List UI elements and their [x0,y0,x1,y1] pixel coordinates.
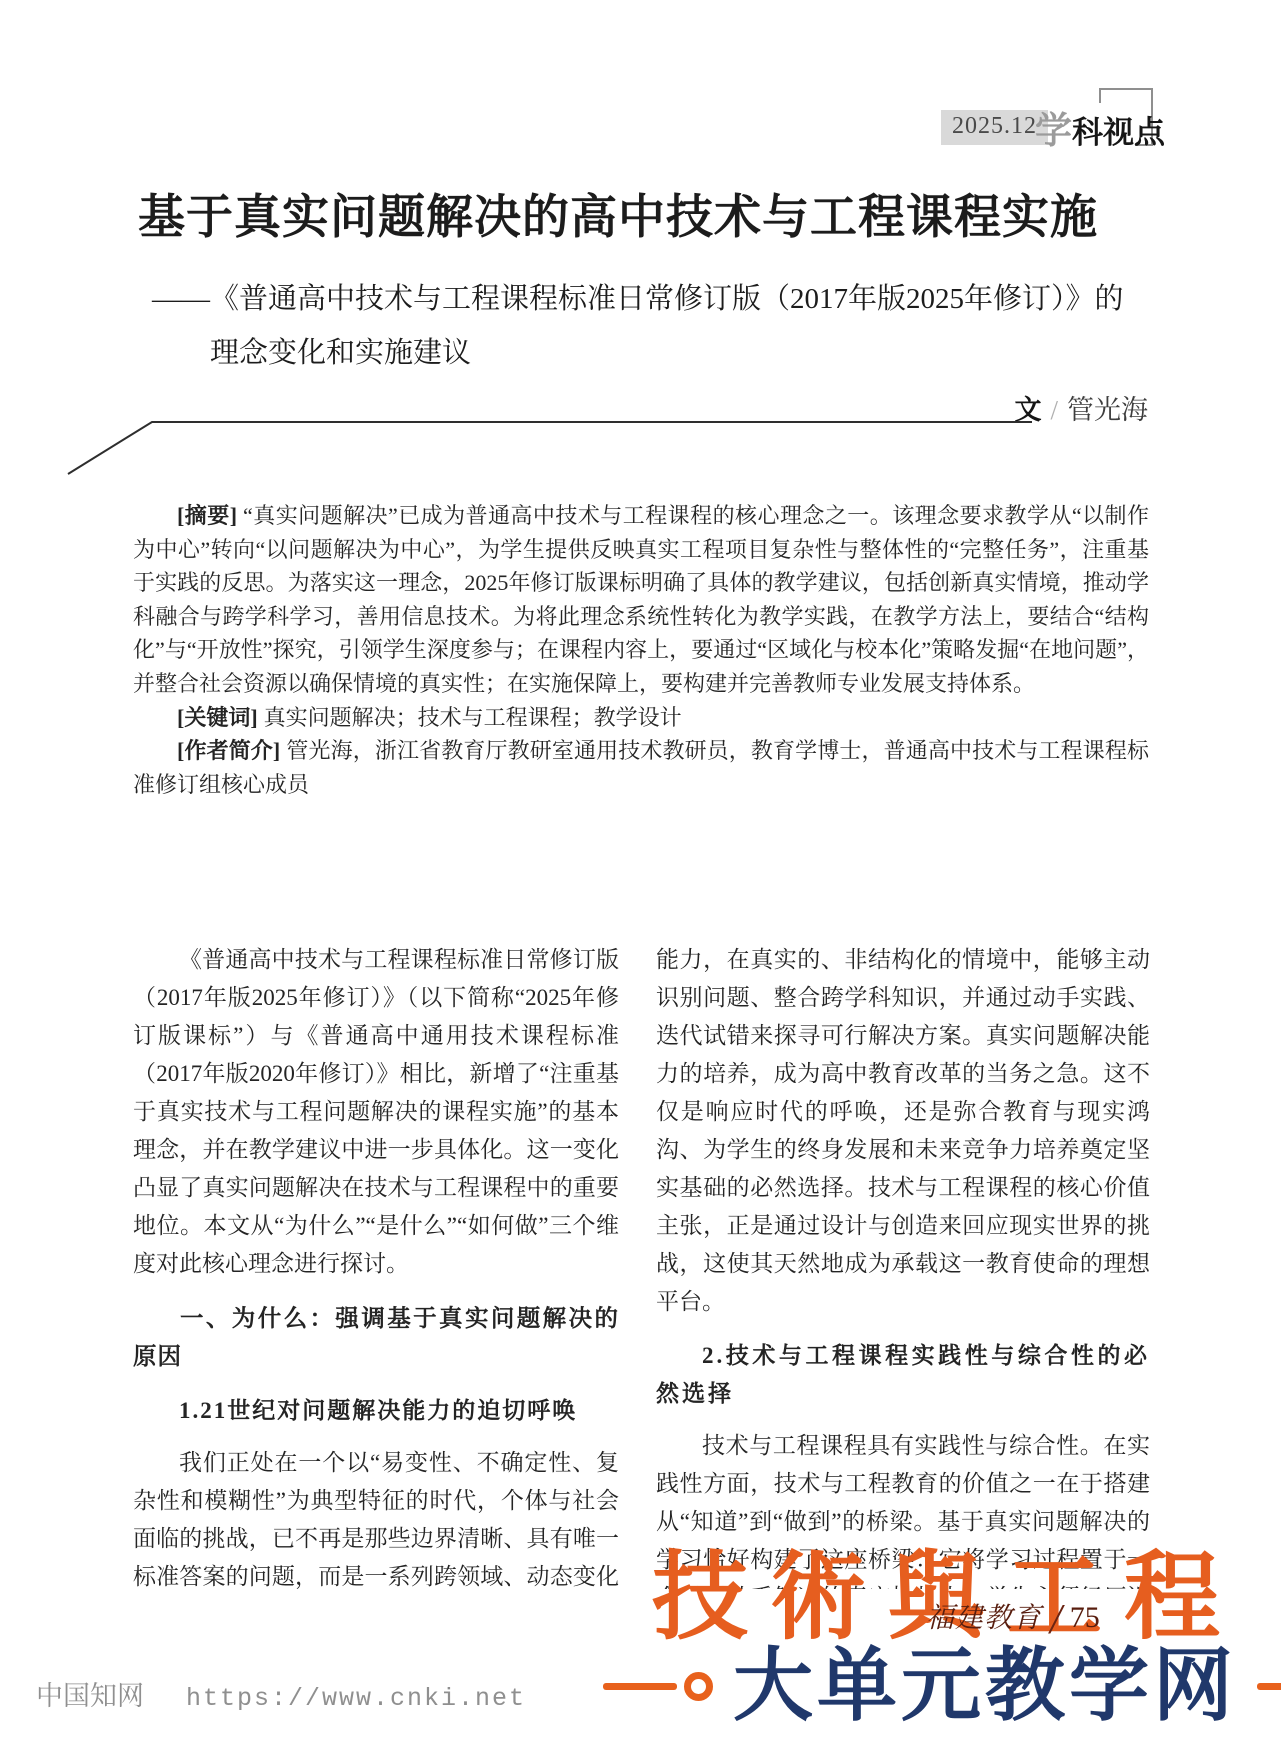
column-title: 学科视点 [1035,100,1165,154]
keywords-label: [关键词] [177,705,258,730]
watermark-ring-icon [684,1672,713,1701]
keywords: [关键词]真实问题解决；技术与工程课程；教学设计 [133,701,1149,735]
page-number: 75 [1070,1601,1100,1634]
watermark-dash-left-icon [603,1683,677,1690]
front-matter: [摘要]“真实问题解决”已成为普通高中技术与工程课程的核心理念之一。该理念要求教… [133,499,1149,801]
paragraph: 我们正处在一个以“易变性、不确定性、复杂性和模糊性”为典型特征的时代，个体与社会… [133,1444,619,1589]
paragraph: 能力，在真实的、非结构化的情境中，能够主动识别问题、整合跨学科知识，并通过动手实… [656,941,1150,1321]
right-column: 能力，在真实的、非结构化的情境中，能够主动识别问题、整合跨学科知识，并通过动手实… [656,941,1150,1589]
left-column: 《普通高中技术与工程课程标准日常修订版（2017年版2025年修订）》（以下简称… [133,941,619,1589]
cnki-name: 中国知网 [36,1681,144,1711]
section-heading: 一、为什么：强调基于真实问题解决的原因 [133,1300,619,1376]
journal-logo: 福建教育 [926,1603,1042,1634]
paragraph: 《普通高中技术与工程课程标准日常修订版（2017年版2025年修订）》（以下简称… [133,941,619,1283]
site-watermark: 大单元教学网 [603,1646,1281,1726]
column-title-rest: 科视点 [1072,115,1165,150]
page-separator: / [1050,1597,1062,1643]
subtitle-line-2: 理念变化和实施建议 [152,326,1152,380]
abstract: [摘要]“真实问题解决”已成为普通高中技术与工程课程的核心理念之一。该理念要求教… [133,499,1149,701]
cnki-url: https://www.cnki.net [186,1684,526,1713]
author-bio-label: [作者简介] [177,738,280,763]
header-badge: 2025.12 学科视点 [941,88,1166,158]
abstract-text: “真实问题解决”已成为普通高中技术与工程课程的核心理念之一。该理念要求教学从“以… [133,503,1149,696]
author-bio: [作者简介]管光海，浙江省教育厅教研室通用技术教研员，教育学博士，普通高中技术与… [133,734,1149,801]
journal-mark: 福建教育/75 [926,1596,1100,1644]
issue-label: 2025.12 [941,110,1048,145]
article-title: 基于真实问题解决的高中技术与工程课程实施 [138,180,1148,247]
column-title-first-char: 学 [1035,110,1072,151]
abstract-label: [摘要] [177,503,237,528]
watermark-dash-right-icon [1257,1683,1281,1690]
journal-page: 2025.12 学科视点 基于真实问题解决的高中技术与工程课程实施 ——《普通高… [0,0,1281,1742]
subsection-heading: 2.技术与工程课程实践性与综合性的必然选择 [656,1337,1150,1413]
cnki-footer: 中国知网https://www.cnki.net [36,1674,526,1713]
article-subtitle: ——《普通高中技术与工程课程标准日常修订版（2017年版2025年修订）》的 理… [152,272,1152,380]
body-columns: 《普通高中技术与工程课程标准日常修订版（2017年版2025年修订）》（以下简称… [133,941,1150,1589]
subsection-heading: 1.21世纪对问题解决能力的迫切呼唤 [133,1392,619,1430]
decorative-rule [0,410,1100,490]
author-bio-text: 管光海，浙江省教育厅教研室通用技术教研员，教育学博士，普通高中技术与工程课程标准… [133,738,1149,797]
keywords-text: 真实问题解决；技术与工程课程；教学设计 [264,705,682,730]
site-name: 大单元教学网 [733,1646,1237,1726]
subtitle-line-1: ——《普通高中技术与工程课程标准日常修订版（2017年版2025年修订）》的 [152,272,1152,326]
